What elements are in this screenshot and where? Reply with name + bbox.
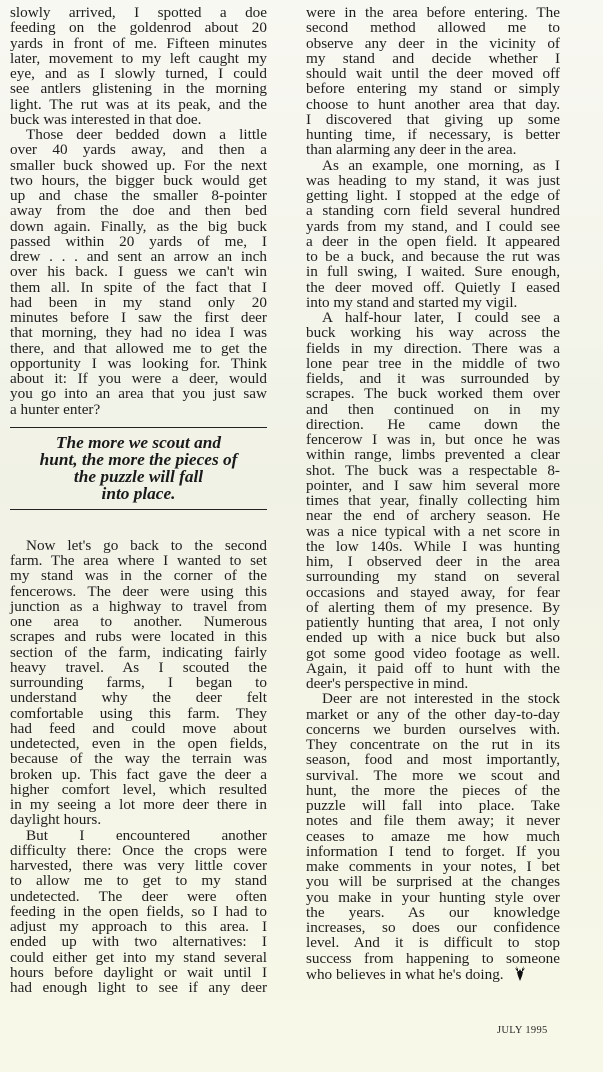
- text-line: who believes in what he's doing.: [306, 966, 560, 981]
- text-line: yards in front of me. Fifteen minutes: [10, 36, 267, 51]
- text-line: got some good video footage as well.: [306, 646, 560, 661]
- text-line: direction. He came down the: [306, 417, 560, 432]
- text-line: one area to another. Numerous: [10, 614, 267, 629]
- text-line: increases, so does our confidence: [306, 920, 560, 935]
- text-line: hours before daylight or wait until I: [10, 965, 267, 980]
- text-line: about it: If you were a deer, would: [10, 371, 267, 386]
- text-line: But I encountered another: [10, 828, 267, 843]
- text-line: the years. As our knowledge: [306, 905, 560, 920]
- text-line: drew . . . and sent an arrow an inch: [10, 249, 267, 264]
- text-line: buck was interested in that doe.: [10, 112, 267, 127]
- text-line: ended up with a nice buck but also: [306, 630, 560, 645]
- right-column: were in the area before entering. Thesec…: [306, 5, 560, 981]
- text-line: had enough light to see if any deer: [10, 980, 267, 995]
- paragraph-3: A half-hour later, I could see abuck wor…: [306, 310, 560, 691]
- text-line: near the end of archery season. He: [306, 508, 560, 523]
- text-line: feeding in the open fields, so I had to: [10, 904, 267, 919]
- text-line: in my seeing a lot more deer there in: [10, 797, 267, 812]
- pull-quote: The more we scout andhunt, the more the …: [10, 427, 267, 510]
- text-line: them all. In spite of the fact that I: [10, 280, 267, 295]
- text-line: fields, and it was surrounded by: [306, 371, 560, 386]
- text-line: I discovered that giving up some: [306, 112, 560, 127]
- text-line: should wait until the deer moved off: [306, 66, 560, 81]
- text-line: than alarming any deer in the area.: [306, 142, 560, 157]
- text-line: difficulty there: Once the crops were: [10, 843, 267, 858]
- text-line: smaller buck showed up. For the next: [10, 158, 267, 173]
- text-line: minutes before I saw the first deer: [10, 310, 267, 325]
- text-line: heavy travel. As I scouted the: [10, 660, 267, 675]
- text-line: ended up with two alternatives: I: [10, 934, 267, 949]
- text-line: a hunter enter?: [10, 402, 267, 417]
- pull-quote-line: into place.: [14, 485, 263, 502]
- text-line: yards from my stand, and I could see: [306, 219, 560, 234]
- paragraph-4: But I encountered anotherdifficulty ther…: [10, 828, 267, 996]
- text-line: hunting time, if necessary, is better: [306, 127, 560, 142]
- text-line: hunt, the more the pieces of the: [306, 783, 560, 798]
- text-line: success from happening to someone: [306, 951, 560, 966]
- text-line: had been in my stand only 20: [10, 295, 267, 310]
- text-line: farm. The area where I wanted to set: [10, 553, 267, 568]
- text-line: feeding on the goldenrod about 20: [10, 20, 267, 35]
- text-line: within range, limbs prevented a clear: [306, 447, 560, 462]
- paragraph-3: Now let's go back to the secondfarm. The…: [10, 538, 267, 828]
- text-line: understand why the deer felt: [10, 690, 267, 705]
- pull-quote-line: hunt, the more the pieces of: [14, 451, 263, 468]
- text-line: comfortable using this farm. They: [10, 706, 267, 721]
- text-line: down again. Finally, as the big buck: [10, 219, 267, 234]
- spacer: [10, 520, 267, 538]
- issue-date: JULY 1995: [497, 1025, 548, 1036]
- text-line: opportunity I was looking for. Think: [10, 356, 267, 371]
- text-line: season, food and most importantly,: [306, 752, 560, 767]
- text-line: surrounding farms, I began to: [10, 675, 267, 690]
- deer-head-icon: [514, 966, 526, 985]
- text-line: scrapes. The buck worked them over: [306, 386, 560, 401]
- paragraph-1: slowly arrived, I spotted a doefeeding o…: [10, 5, 267, 127]
- pull-quote-line: The more we scout and: [14, 434, 263, 451]
- text-line: a standing corn field several hundred: [306, 203, 560, 218]
- text-line: buck working his way across the: [306, 325, 560, 340]
- text-line: surrounding my stand on several: [306, 569, 560, 584]
- text-line: that morning, they had no idea I was: [10, 325, 267, 340]
- text-line: you will be surprised at the changes: [306, 874, 560, 889]
- text-line: into my stand and started my vigil.: [306, 295, 560, 310]
- text-line: could either get into my stand several: [10, 950, 267, 965]
- text-line: you go into an area that you just saw: [10, 386, 267, 401]
- text-line: because of the way the terrain was: [10, 751, 267, 766]
- text-line: adjust my approach to this area. I: [10, 919, 267, 934]
- text-line: make comments in your notes, I bet: [306, 859, 560, 874]
- text-line: before entering my stand or simply: [306, 81, 560, 96]
- text-line: observe any deer in the vicinity of: [306, 36, 560, 51]
- text-line: pointer, and I saw him several more: [306, 478, 560, 493]
- text-line: him, I observed deer in the area: [306, 554, 560, 569]
- text-line: had feed and could move about: [10, 721, 267, 736]
- text-line: you make in your hunting style over: [306, 890, 560, 905]
- text-line: higher comfort level, which resulted: [10, 782, 267, 797]
- paragraph-2: Those deer bedded down a littleover 40 y…: [10, 127, 267, 417]
- text-line: the low 140s. While I was hunting: [306, 539, 560, 554]
- text-line: two hours, the bigger buck would get: [10, 173, 267, 188]
- text-line: light. The rut was at its peak, and the: [10, 97, 267, 112]
- text-line: They concentrate on the rut in its: [306, 737, 560, 752]
- text-line: fencerow I was in, but once he was: [306, 432, 560, 447]
- text-line: shot. The buck was a respectable 8-: [306, 463, 560, 478]
- text-line: was a nice typical with a net score in: [306, 524, 560, 539]
- text-line: choose to hunt another area that day.: [306, 97, 560, 112]
- text-line: my stand and decide whether I: [306, 51, 560, 66]
- text-line: lone pear tree in the middle of two: [306, 356, 560, 371]
- text-line: undetected. The deer were often: [10, 889, 267, 904]
- text-line: deer's perspective in mind.: [306, 676, 560, 691]
- text-line: harvested, there was very little cover: [10, 858, 267, 873]
- text-line: times that year, finally collecting him: [306, 493, 560, 508]
- text-line: daylight hours.: [10, 812, 267, 827]
- paragraph-1: were in the area before entering. Thesec…: [306, 5, 560, 158]
- text-line: were in the area before entering. The: [306, 5, 560, 20]
- text-line: Deer are not interested in the stock: [306, 691, 560, 706]
- text-line: slowly arrived, I spotted a doe: [10, 5, 267, 20]
- text-line: broken up. This fact gave the deer a: [10, 767, 267, 782]
- paragraph-2: As an example, one morning, as Iwas head…: [306, 158, 560, 311]
- text-line: A half-hour later, I could see a: [306, 310, 560, 325]
- text-line: second method allowed me to: [306, 20, 560, 35]
- text-line: passed within 20 yards of me, I: [10, 234, 267, 249]
- text-line: see antlers glistening in the morning: [10, 81, 267, 96]
- text-line: away from the doe and then bed: [10, 203, 267, 218]
- text-line: was heading to my stand, it was just: [306, 173, 560, 188]
- text-line: over 40 yards away, and then a: [10, 142, 267, 157]
- text-line: information I tend to forget. If you: [306, 844, 560, 859]
- text-line: of alerting them of my presence. By: [306, 600, 560, 615]
- text-line: in full swing, I waited. Sure enough,: [306, 264, 560, 279]
- text-line: section of the farm, indicating fairly: [10, 645, 267, 660]
- text-line: eye, and as I slowly turned, I could: [10, 66, 267, 81]
- text-line: and then continued on in my: [306, 402, 560, 417]
- text-line: occasions and stayed away, for fear: [306, 585, 560, 600]
- text-line: fencerows. The deer were using this: [10, 584, 267, 599]
- text-line: level. And it is difficult to stop: [306, 935, 560, 950]
- text-line: to allow me to get to my stand: [10, 873, 267, 888]
- text-line: junction as a highway to travel from: [10, 599, 267, 614]
- text-line: Now let's go back to the second: [10, 538, 267, 553]
- text-line: survival. The more we scout and: [306, 768, 560, 783]
- text-line: to be a buck, and because the rut was: [306, 249, 560, 264]
- left-column: slowly arrived, I spotted a doefeeding o…: [10, 5, 267, 995]
- text-line: up and chase the smaller 8-pointer: [10, 188, 267, 203]
- text-line: getting light. I stopped at the edge of: [306, 188, 560, 203]
- paragraph-4: Deer are not interested in the stockmark…: [306, 691, 560, 981]
- text-line: scrapes and rubs were located in this: [10, 629, 267, 644]
- text-line: over his back. I guess we can't win: [10, 264, 267, 279]
- text-line: undetected, even in the open fields,: [10, 736, 267, 751]
- text-line: As an example, one morning, as I: [306, 158, 560, 173]
- text-line: fields in my direction. There was a: [306, 341, 560, 356]
- text-line: Again, it paid off to hunt with the: [306, 661, 560, 676]
- magazine-page: slowly arrived, I spotted a doefeeding o…: [0, 0, 603, 1072]
- text-line: market or any of the other day-to-day: [306, 707, 560, 722]
- text-line: the deer moved off. Quietly I eased: [306, 280, 560, 295]
- pull-quote-line: the puzzle will fall: [14, 468, 263, 485]
- text-line: concerns we burden ourselves with.: [306, 722, 560, 737]
- text-line: there, and that allowed me to get the: [10, 341, 267, 356]
- text-line: later, movement to my left caught my: [10, 51, 267, 66]
- text-line: ceases to amaze me how much: [306, 829, 560, 844]
- text-line: puzzle will fall into place. Take: [306, 798, 560, 813]
- text-line: Those deer bedded down a little: [10, 127, 267, 142]
- text-line: notes and file them away; it never: [306, 813, 560, 828]
- text-line: my stand was in the corner of the: [10, 568, 267, 583]
- text-line: patiently hunting that area, I not only: [306, 615, 560, 630]
- text-line: a deer in the open field. It appeared: [306, 234, 560, 249]
